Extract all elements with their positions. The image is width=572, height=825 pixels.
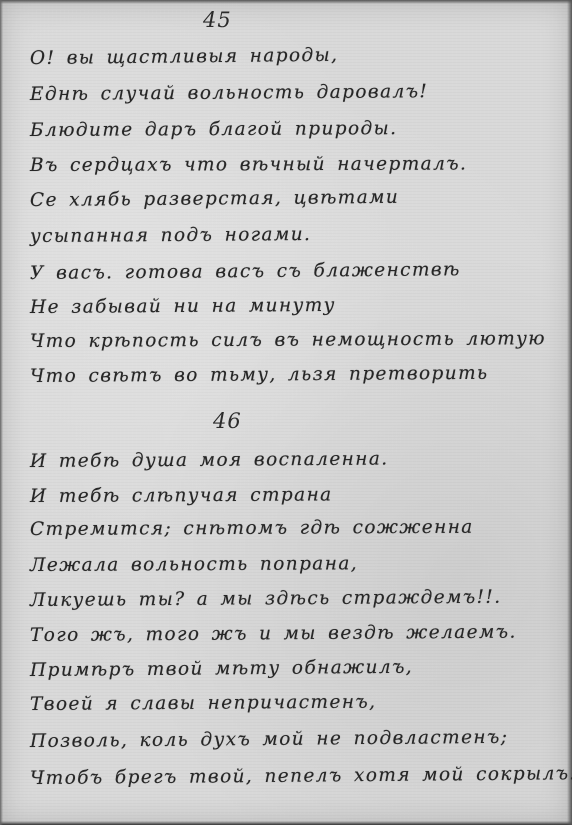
- poem-45-line-6: усыпанная подъ ногами.: [30, 224, 311, 247]
- poem-46-line-7: Примѣръ твой мѣту обнажилъ,: [30, 657, 413, 681]
- page-edge-bottom: [0, 821, 572, 825]
- poem-45-line-8: Не забывай ни на минуту: [30, 295, 336, 318]
- poem-46-line-10: Чтобъ брегъ твой, пепелъ хотя мой сокрыл…: [30, 763, 572, 789]
- page-edge-top: [0, 0, 572, 4]
- page-edge-left: [0, 0, 3, 825]
- poem-46-line-8: Твоей я славы непричастенъ,: [30, 692, 377, 715]
- poem-number-45: 45: [203, 8, 232, 32]
- poem-45-line-4: Въ сердцахъ что вѣчный начерталъ.: [30, 153, 467, 176]
- poem-45-line-10: Что свѣтъ во тьму, льзя претворить: [30, 363, 489, 387]
- poem-45-line-9: Что крѣпость силъ въ немощность лютую: [30, 328, 546, 352]
- poem-46-line-3: Стремится; снѣтомъ гдѣ сожженна: [30, 517, 474, 540]
- poem-46-line-9: Позволь, коль духъ мой не подвластенъ;: [30, 727, 509, 752]
- poem-46-line-5: Ликуешь ты? а мы здѣсь страждемъ!!.: [30, 587, 502, 611]
- poem-45-line-5: Се хлябь разверстая, цвѣтами: [30, 187, 399, 211]
- poem-46-line-1: И тебѣ душа моя воспаленна.: [30, 448, 389, 472]
- poem-number-46: 46: [213, 409, 242, 433]
- poem-46-line-6: Того жъ, того жъ и мы вездѣ желаемъ.: [30, 622, 517, 646]
- poem-46-line-2: И тебѣ слѣпучая страна: [30, 484, 333, 507]
- poem-46-line-4: Лежала вольность попрана,: [30, 553, 358, 576]
- page-edge-right: [567, 0, 572, 825]
- poem-45-line-1: О! вы щастливыя народы,: [30, 45, 339, 69]
- poem-45-line-2: Еднѣ случай вольность даровалъ!: [30, 81, 428, 105]
- poem-45-line-3: Блюдите даръ благой природы.: [30, 118, 397, 141]
- manuscript-page: 45 О! вы щастливыя народы, Еднѣ случай в…: [0, 0, 572, 825]
- poem-45-line-7: У васъ. готова васъ съ блаженствѣ: [30, 259, 461, 284]
